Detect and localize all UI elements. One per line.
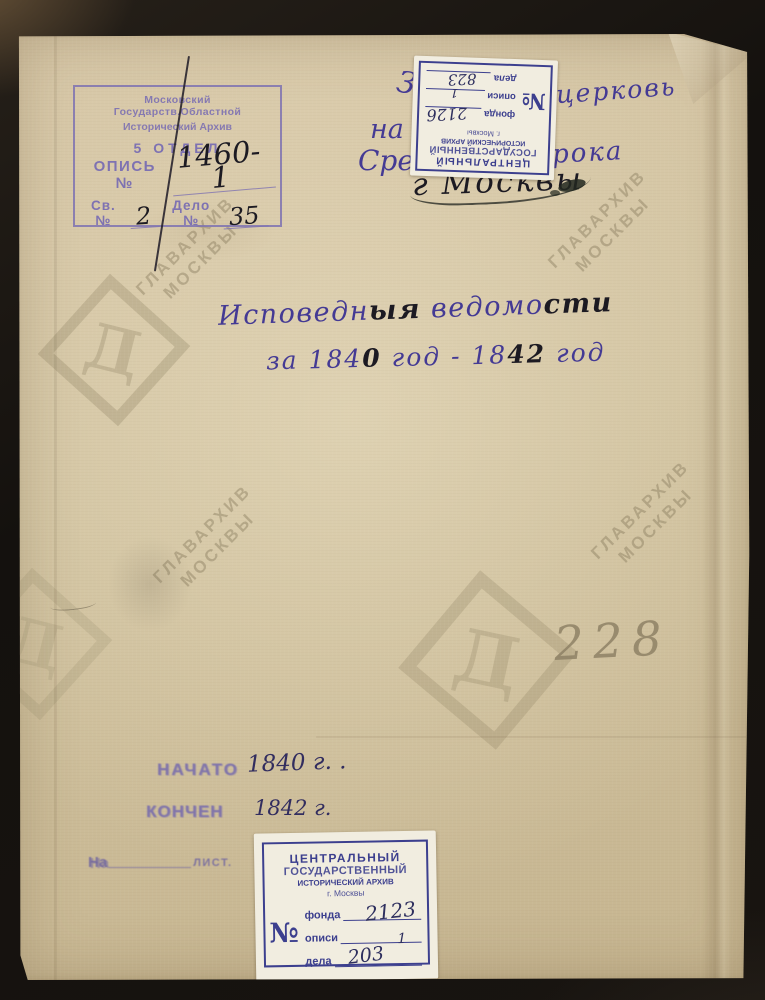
fond-number-handwritten: 2126	[426, 105, 468, 123]
started-year-handwritten: 1840 г. .	[247, 748, 347, 777]
sheets-blank-line	[109, 867, 191, 868]
glavarhiv-logo-watermark: Д	[398, 570, 578, 750]
sv-number-handwritten: 2	[129, 206, 160, 229]
opis-number-handwritten: 1	[397, 932, 406, 946]
document-title-line2: за 1840 год - 1842 год	[266, 338, 606, 376]
title-segment-overwritten: 0	[362, 343, 382, 372]
opis-label: описи	[305, 932, 338, 945]
finished-stamp-word: КОНЧЕН	[146, 802, 223, 822]
opis-number-handwritten: 1	[450, 87, 458, 99]
document-title-line1: Исповедныя ведомости	[218, 287, 614, 332]
delo-label: дела	[494, 72, 517, 84]
vertical-crease	[702, 34, 732, 980]
sheet-count-line: На ЛИСТ.	[88, 854, 233, 871]
horizontal-crease	[316, 736, 746, 738]
logo-letter: Д	[447, 611, 529, 709]
paper-stain	[108, 536, 192, 632]
title-segment: Исповедн	[218, 296, 370, 332]
title-segment-overwritten: 42	[507, 339, 547, 369]
fond-label: фонда	[304, 909, 340, 922]
archive-folder-cover: ГЛАВАРХИВМОСКВЫ ГЛАВАРХИВМОСКВЫ ГЛАВАРХИ…	[16, 34, 750, 980]
fond-label: фонда	[484, 108, 515, 120]
started-stamp-word: НАЧАТО	[157, 760, 239, 780]
scan-background: ГЛАВАРХИВМОСКВЫ ГЛАВАРХИВМОСКВЫ ГЛАВАРХИ…	[0, 0, 765, 1000]
sheets-suffix: ЛИСТ.	[193, 857, 232, 871]
sv-label: Св. №	[83, 198, 124, 228]
archive-label-bottom: ЦЕНТРАЛЬНЫЙ ГОСУДАРСТВЕННЫЙ ИСТОРИЧЕСКИЙ…	[254, 830, 439, 981]
archive-label-top: ЦЕНТРАЛЬНЫЙ ГОСУДАРСТВЕННЫЙ ИСТОРИЧЕСКИЙ…	[410, 56, 558, 181]
handwriting-church: церковь	[555, 72, 677, 109]
title-segment-overwritten: сти	[543, 287, 613, 320]
handwriting-sre: Сре	[358, 144, 414, 177]
central-archive-stamp: ЦЕНТРАЛЬНЫЙ ГОСУДАРСТВЕННЫЙ ИСТОРИЧЕСКИЙ…	[262, 840, 430, 968]
delo-number-handwritten: 203	[347, 945, 385, 968]
number-sign: №	[269, 918, 299, 950]
sheets-prefix: На	[88, 854, 107, 871]
logo-letter: Д	[78, 308, 149, 392]
regional-archive-stamp: Московский Государств.Областной Историче…	[73, 85, 282, 227]
finished-year-handwritten: 1842 г.	[254, 796, 331, 820]
handwriting-na: на	[370, 114, 404, 145]
title-segment-overwritten: ыя	[368, 294, 421, 327]
title-segment: за 184	[266, 344, 363, 376]
watermark-text: ГЛАВАРХИВМОСКВЫ	[587, 456, 711, 580]
central-archive-stamp: ЦЕНТРАЛЬНЫЙ ГОСУДАРСТВЕННЫЙ ИСТОРИЧЕСКИЙ…	[415, 61, 553, 176]
title-segment: год	[546, 338, 606, 369]
opis-number-handwritten: 1460-1	[169, 138, 276, 196]
stamp-org-line: Московский Государств.Областной	[81, 94, 274, 118]
pencil-page-number: 228	[553, 611, 672, 672]
delo-number-handwritten: 35	[223, 205, 269, 229]
ink-blot	[550, 190, 560, 196]
number-sign: №	[521, 87, 546, 114]
delo-label: дела	[305, 955, 331, 967]
title-segment: ведомо	[420, 290, 544, 325]
delo-number-handwritten: 823	[448, 71, 477, 87]
opis-label: ОПИСЬ №	[87, 158, 163, 192]
fond-number-handwritten: 2123	[364, 899, 417, 924]
opis-label: описи	[487, 90, 516, 102]
delo-label: Дело №	[165, 198, 217, 228]
title-segment: год - 18	[381, 340, 507, 372]
logo-letter: Д	[0, 602, 71, 686]
spine-crease	[54, 34, 57, 980]
